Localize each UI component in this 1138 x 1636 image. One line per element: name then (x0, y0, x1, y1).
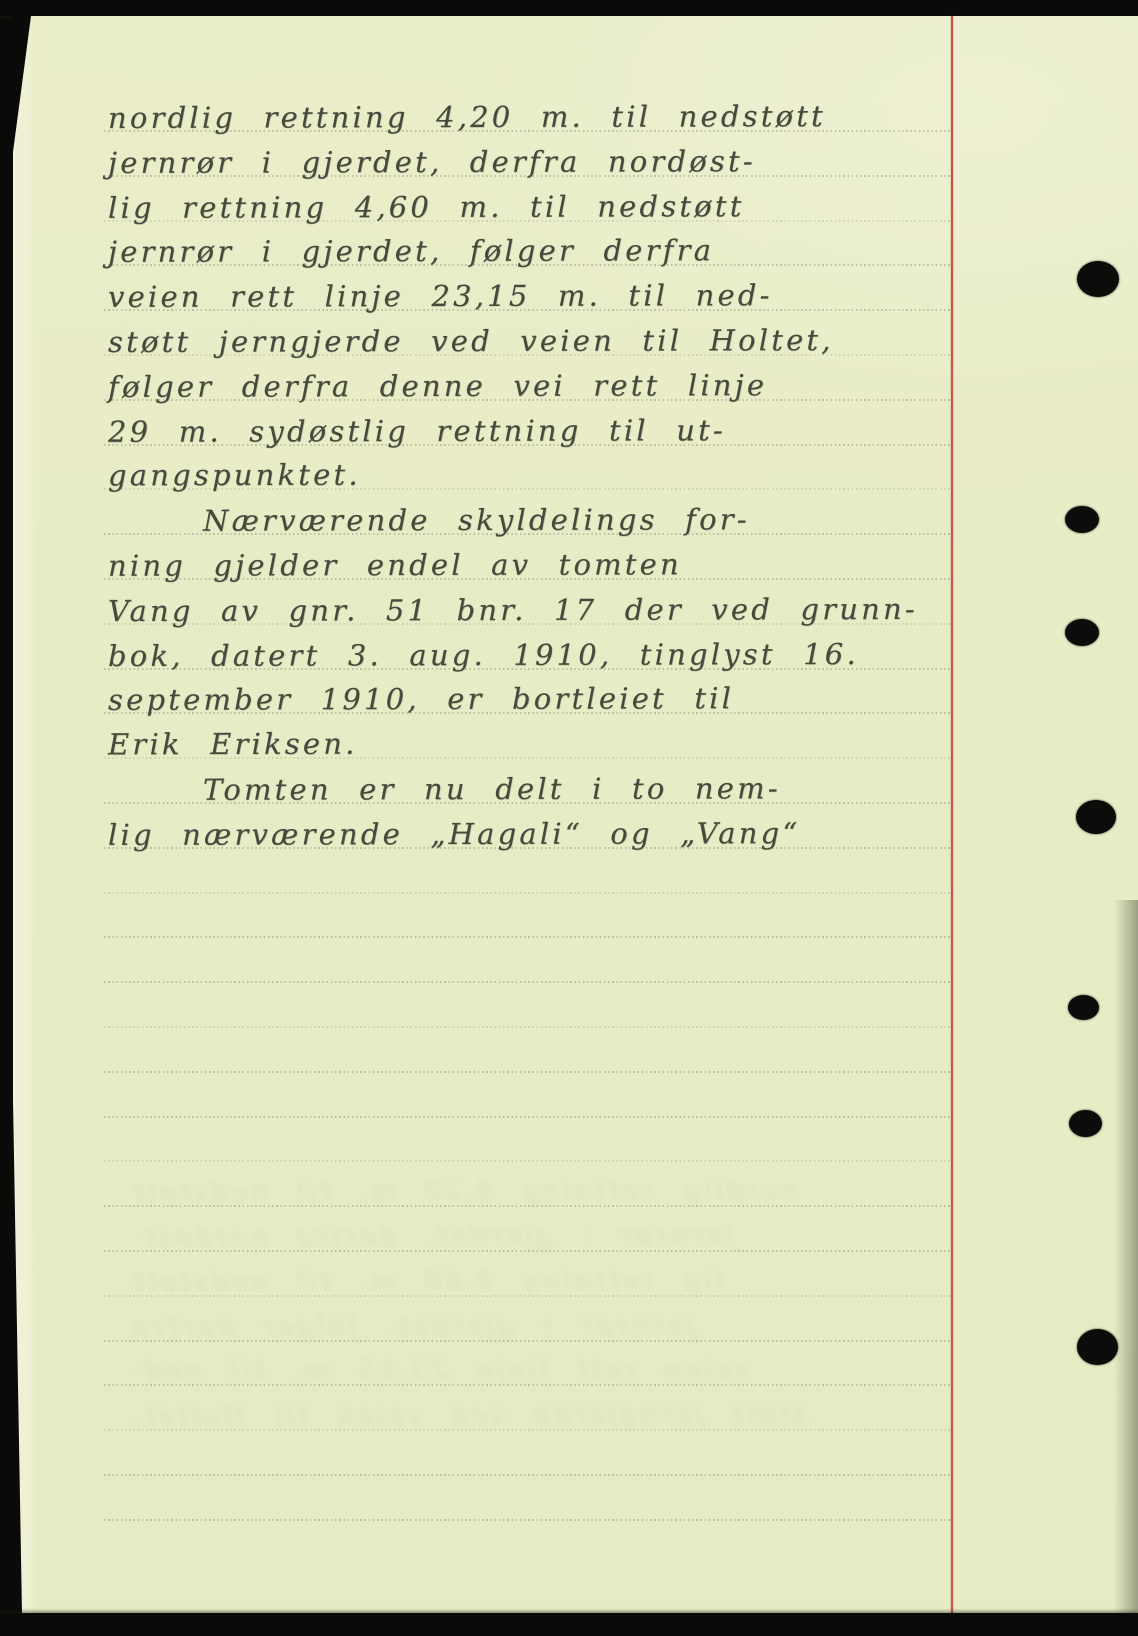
handwriting-line: bok, datert 3. aug. 1910, tinglyst 16. (108, 632, 859, 679)
handwriting-line: september 1910, er bortleiet til (108, 677, 734, 723)
ruled-line (104, 981, 953, 983)
scan-bottom-border (0, 1613, 1138, 1636)
handwriting-line: nordlig rettning 4,20 m. til nedstøtt (108, 94, 826, 141)
punch-hole (1069, 1110, 1102, 1137)
handwriting-line: jernrør i gjerdet, derfra nordøst- (108, 139, 756, 185)
handwriting-line: 29 m. sydøstlig rettning til ut- (108, 408, 726, 454)
handwriting-line: jernrør i gjerdet, følger derfra (108, 229, 714, 275)
handwriting-line: lig nærværende „Hagali“ og „Vang“ (108, 811, 801, 858)
ruled-line (104, 1160, 953, 1162)
ruled-line (104, 1026, 953, 1028)
ruled-line (104, 1071, 953, 1073)
scanned-document-page: nordlig rettning 4,20 m. til nedstøttjer… (0, 0, 1138, 1636)
bleedthrough-ghost-line: nordlig rettning 4,20 m. til nedstøtt (130, 1169, 799, 1216)
punch-hole (1068, 995, 1099, 1020)
handwriting-line: veien rett linje 23,15 m. til ned- (108, 273, 773, 320)
ruled-line (104, 1116, 953, 1118)
punch-hole (1065, 506, 1099, 533)
ruled-line (104, 892, 953, 894)
handwriting-line: gangspunktet. (108, 453, 361, 498)
ruled-line (104, 1519, 953, 1521)
handwriting-line: ning gjelder endel av tomten (108, 542, 682, 588)
handwriting-line: Nærværende skyldelings for- (203, 497, 750, 543)
bleedthrough-ghost-line: veien rett linje 23,15 m. til ned- (130, 1348, 750, 1395)
red-margin-line (951, 16, 953, 1614)
ruled-line (104, 1474, 953, 1476)
handwriting-line: følger derfra denne vei rett linje (108, 363, 767, 410)
ruled-line (104, 936, 953, 938)
page-right-edge-shadow (1114, 900, 1138, 1614)
punch-hole (1076, 800, 1116, 834)
punch-hole (1077, 261, 1119, 297)
punch-hole (1065, 619, 1099, 646)
handwriting-line: Tomten er nu delt i to nem- (203, 766, 781, 812)
scan-top-border (0, 0, 1138, 16)
bleedthrough-ghost-line: lig rettning 4,60 m. til nedstøtt (130, 1259, 724, 1306)
handwriting-line: Erik Eriksen. (108, 722, 358, 767)
handwriting-line: støtt jerngjerde ved veien til Holtet, (108, 318, 834, 365)
bleedthrough-ghost-line: støtt jerngjerde ved veien til Holtet, (130, 1393, 807, 1440)
bleedthrough-ghost-line: jernrør i gjerdet, følger derfra (130, 1304, 695, 1351)
handwriting-line: Vang av gnr. 51 bnr. 17 der ved grunn- (108, 587, 918, 634)
punch-hole (1077, 1329, 1118, 1365)
bleedthrough-ghost-line: jernrør i gjerdet, derfra nordøst- (130, 1214, 734, 1261)
handwriting-line: lig rettning 4,60 m. til nedstøtt (108, 184, 745, 230)
